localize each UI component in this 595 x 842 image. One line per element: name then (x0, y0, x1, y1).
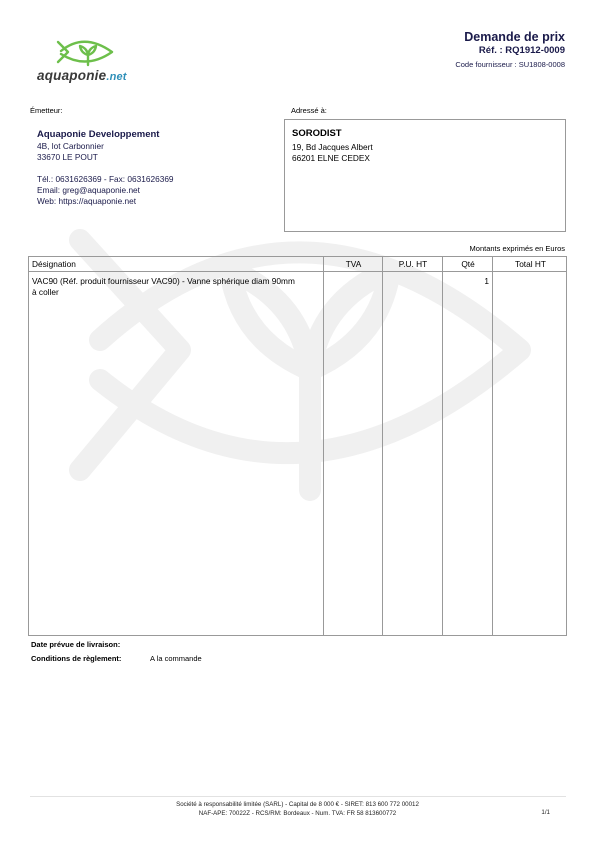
sender-email: Email: greg@aquaponie.net (37, 185, 174, 196)
footer-divider (30, 796, 566, 797)
delivery-date-label: Date prévue de livraison: (31, 640, 120, 649)
company-logo: aquaponie.net (34, 34, 144, 86)
sender-label: Émetteur: (30, 106, 63, 115)
column-header-qty: Qté (443, 259, 493, 269)
page-number: 1/1 (541, 809, 550, 816)
recipient-address: 19, Bd Jacques Albert 66201 ELNE CEDEX (292, 142, 373, 164)
column-header-unit-price: P.U. HT (383, 259, 443, 269)
sender-contact: Tél.: 0631626369 - Fax: 0631626369 Email… (37, 174, 174, 207)
recipient-box: SORODIST 19, Bd Jacques Albert 66201 ELN… (284, 119, 566, 232)
column-divider (382, 257, 383, 635)
recipient-label: Adressé à: (291, 106, 327, 115)
sender-website: Web: https://aquaponie.net (37, 196, 174, 207)
payment-terms-label: Conditions de règlement: (31, 654, 121, 663)
fish-sprout-icon (56, 38, 116, 68)
document-title-block: Demande de prix Réf. : RQ1912-0009 Code … (455, 30, 565, 69)
currency-note: Montants exprimés en Euros (470, 244, 565, 253)
designation-line: à coller (32, 287, 322, 298)
payment-terms-value: A la commande (150, 654, 202, 663)
column-header-designation: Désignation (32, 259, 76, 269)
items-table: Désignation TVA P.U. HT Qté Total HT VAC… (28, 256, 567, 636)
recipient-name: SORODIST (292, 128, 342, 139)
footer-legal-info: Société à responsabilité limitée (SARL) … (0, 800, 595, 818)
footer-line: Société à responsabilité limitée (SARL) … (0, 800, 595, 809)
sender-phone-fax: Tél.: 0631626369 - Fax: 0631626369 (37, 174, 174, 185)
sender-address-line: 4B, lot Carbonnier (37, 141, 104, 152)
column-divider (323, 257, 324, 635)
document-reference: Réf. : RQ1912-0009 (455, 45, 565, 56)
logo-wordmark: aquaponie.net (37, 68, 127, 83)
column-divider (492, 257, 493, 635)
document-title: Demande de prix (455, 30, 565, 44)
row-qty: 1 (443, 276, 489, 287)
row-designation: VAC90 (Réf. produit fournisseur VAC90) -… (32, 276, 322, 298)
column-divider (442, 257, 443, 635)
sender-address-line: 33670 LE POUT (37, 152, 104, 163)
recipient-address-line: 19, Bd Jacques Albert (292, 142, 373, 153)
sender-box: Aquaponie Developpement 4B, lot Carbonni… (30, 120, 270, 220)
supplier-code: Code fournisseur : SU1808-0008 (455, 60, 565, 69)
sender-name: Aquaponie Developpement (37, 129, 159, 140)
column-header-total: Total HT (493, 259, 568, 269)
recipient-address-line: 66201 ELNE CEDEX (292, 153, 373, 164)
designation-line: VAC90 (Réf. produit fournisseur VAC90) -… (32, 276, 322, 287)
column-header-tva: TVA (324, 259, 383, 269)
footer-line: NAF-APE: 70022Z - RCS/RM: Bordeaux - Num… (0, 809, 595, 818)
table-header-row: Désignation TVA P.U. HT Qté Total HT (29, 257, 566, 272)
sender-address: 4B, lot Carbonnier 33670 LE POUT (37, 141, 104, 163)
